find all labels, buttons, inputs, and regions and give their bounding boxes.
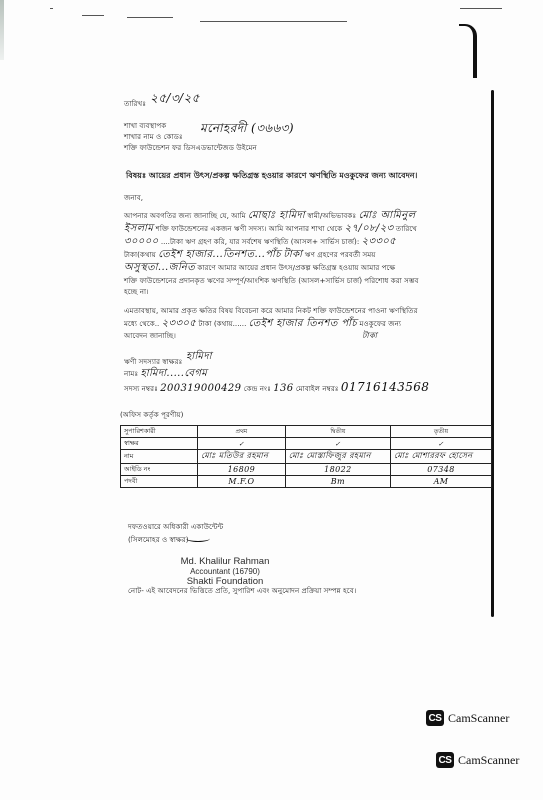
- body-p2-line-2: মধ্যে থেকে.. ২৩৩০৫ টাকা (কথায়...... তেই…: [124, 319, 401, 328]
- accountant-title: দফতওয়ারে অধিকারী একাউন্টেন্ট: [128, 522, 223, 531]
- page-edge-shadow: [0, 0, 4, 60]
- camscanner-logo-icon: CS: [436, 752, 454, 768]
- loan-balance: ২৩৩০৫: [362, 236, 397, 247]
- recommender-name: মোঃ মতিউর রহমান: [198, 450, 286, 464]
- scan-artifact-line: [50, 8, 53, 9]
- branch-value: মনোহরদী (৩৬৬৩): [200, 124, 294, 133]
- body-line-6: শক্তি ফাউন্ডেশনের প্রদানকৃত ঋণের সম্পূর্…: [124, 276, 419, 285]
- accountant-signature: [186, 535, 210, 542]
- member-name-label: নামঃ হামিদা.....বেগম: [124, 369, 207, 378]
- scan-artifact-line: [82, 15, 104, 16]
- waiver-amount: ২৩৩০৫: [162, 318, 197, 329]
- stamp-role: Accountant (16790): [150, 567, 300, 576]
- hardship-reason: অসুস্থতা...জনিত: [124, 262, 195, 273]
- member-number: 200319000429: [160, 383, 241, 394]
- date-value: ২৫/৩/২৫: [150, 94, 200, 103]
- body-p2-line-3: আবেদন জানাচ্ছি।: [124, 331, 176, 340]
- member-name: হামিদা.....বেগম: [141, 368, 208, 379]
- recommender-id: 07348: [390, 464, 491, 476]
- footnote: নোট- এই আবেদনের ভিত্তিতে প্রতি, সুপারিশ …: [128, 586, 356, 595]
- scanned-page: তারিখঃ ২৫/৩/২৫ শাখা ব্যবস্থাপক শাখার নাম…: [0, 0, 543, 800]
- camscanner-watermark: CS CamScanner: [436, 752, 519, 768]
- subject-line: বিষয়ঃ আয়ের প্রধান উৎস/প্রকল্প ক্ষতিগ্র…: [126, 171, 417, 180]
- table-row: সুপারিশকারী প্রথম দ্বিতীয় তৃতীয়: [121, 426, 492, 438]
- recommender-designation: M.F.O: [198, 476, 286, 488]
- scan-edge-mark: [459, 24, 477, 78]
- addressee: শাখা ব্যবস্থাপক: [124, 121, 166, 130]
- recommender-id: 18022: [285, 464, 390, 476]
- table-row: নাম মোঃ মতিউর রহমান মোঃ মোস্তাফিজুর রহমা…: [121, 450, 492, 464]
- recommender-name: মোঃ মোস্তাফিজুর রহমান: [285, 450, 390, 464]
- scan-artifact-line: [200, 21, 347, 22]
- recommender-signature: ✓: [390, 438, 491, 450]
- body-line-2: ইসলাম শক্তি ফাউন্ডেশনের একজন ঋণী সদস্য। …: [124, 224, 417, 233]
- guardian-name: মোঃ আমিনুল: [359, 210, 416, 221]
- mobile-number: 01716143568: [341, 380, 429, 394]
- stamp-name: Md. Khalilur Rahman: [150, 556, 300, 567]
- body-line-3: ৩০০০০ ....টাকা ঋণ গ্রহণ করি, যার সর্বশেষ…: [124, 237, 396, 246]
- recommender-name: মোঃ মোশাররফ হোসেন: [390, 450, 491, 464]
- body-line-5: অসুস্থতা...জনিত কারণে আমার আয়ের প্রধান …: [124, 263, 395, 272]
- camscanner-logo-icon: CS: [426, 710, 444, 726]
- body-p2-line-1: এমতাবস্থায়, আমার প্রকৃত ক্ষতির বিষয় বি…: [124, 306, 418, 315]
- table-row: আইডি নং 16809 18022 07348: [121, 464, 492, 476]
- waiver-amount-words: তেইশ হাজার তিনশত পাঁচ: [249, 318, 358, 329]
- org-line: শক্তি ফাউন্ডেশন ফর ডিসএডভান্টেজড উইমেন: [124, 143, 257, 152]
- recommender-id: 16809: [198, 464, 286, 476]
- office-note: (অফিস কর্তৃক পূরণীয়): [120, 410, 183, 419]
- camscanner-watermark: CS CamScanner: [426, 710, 509, 726]
- branch-label: শাখার নাম ও কোডঃ: [124, 132, 183, 141]
- salutation: জনাব,: [124, 193, 143, 202]
- table-row: স্বাক্ষর ✓ ✓ ✓: [121, 438, 492, 450]
- body-line-7: হচ্ছে না।: [124, 287, 149, 296]
- recommender-signature: ✓: [198, 438, 286, 450]
- center-number: 136: [273, 383, 293, 394]
- balance-in-words: তেইশ হাজার...তিনশত...পাঁচ: [158, 249, 281, 260]
- loan-amount: ৩০০০০: [124, 236, 159, 247]
- member-signature-label: ঋণী সদস্যার স্বাক্ষরঃ: [124, 357, 182, 366]
- member-ids: সদস্য নম্বরঃ 200319000429 কেন্দ্র নংঃ 13…: [124, 383, 429, 393]
- recommender-designation: AM: [390, 476, 491, 488]
- applicant-name: মোছাঃ হামিদা: [248, 210, 305, 221]
- loan-date: ২৭/০৮/২৩: [345, 223, 394, 234]
- body-line-4: টাকা(কথায় তেইশ হাজার...তিনশত...পাঁচ টাক…: [124, 250, 375, 259]
- recommender-signature: ✓: [285, 438, 390, 450]
- date-label: তারিখঃ: [124, 99, 146, 108]
- recommendation-table: সুপারিশকারী প্রথম দ্বিতীয় তৃতীয় স্বাক্…: [120, 425, 492, 488]
- member-signature: হামিদা: [186, 352, 212, 361]
- scan-artifact-line: [460, 8, 502, 9]
- seal-label: (সিলমোহর ও স্বাক্ষর): [128, 535, 189, 544]
- table-row: পদবী M.F.O Bm AM: [121, 476, 492, 488]
- body-line-1: আপনার অবগতির জন্য জানাচ্ছি যে, আমি মোছাঃ…: [124, 211, 415, 220]
- recommender-designation: Bm: [285, 476, 390, 488]
- scan-edge-bar: [491, 90, 494, 617]
- scan-artifact-line: [127, 17, 173, 18]
- waiver-words-cont: টাকা: [362, 331, 377, 340]
